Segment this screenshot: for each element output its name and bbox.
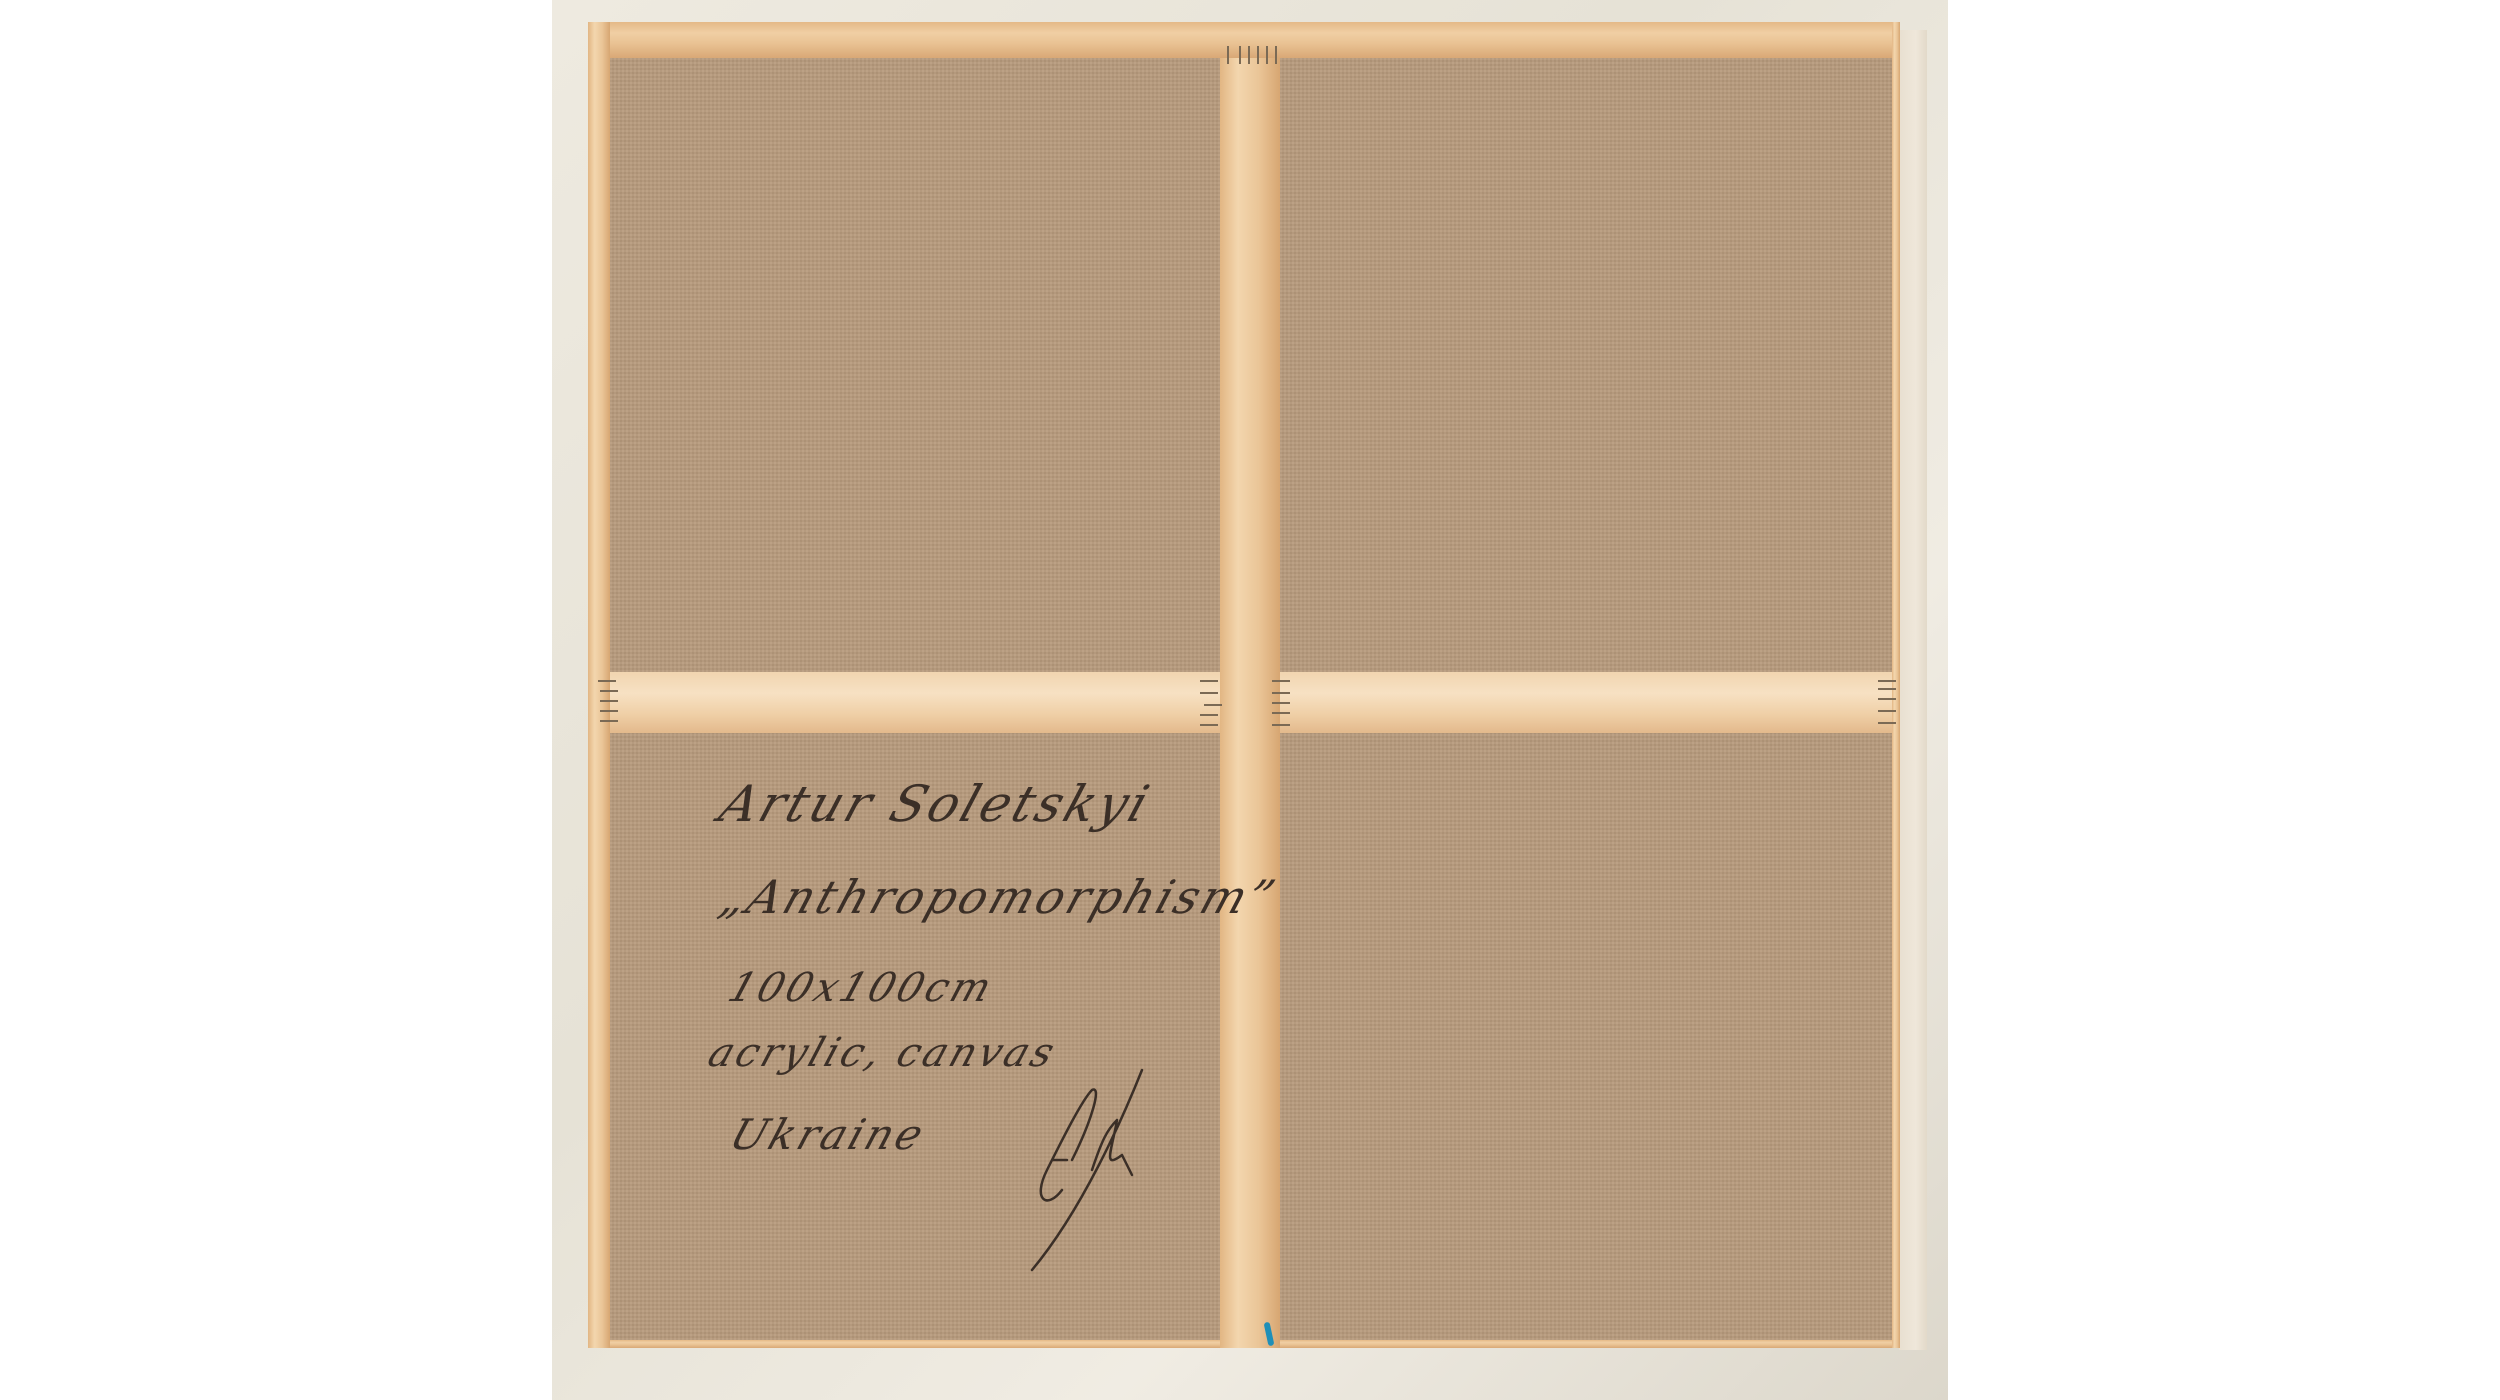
staples-center-right	[1272, 680, 1300, 726]
inscription-artist: Artur Soletskyi	[713, 775, 1159, 833]
staples-center-left	[1200, 680, 1228, 726]
panel-top-right	[1280, 58, 1892, 672]
inscription-size: 100x100cm	[723, 965, 1001, 1011]
signature-icon	[992, 1060, 1172, 1280]
staples-top	[1227, 46, 1277, 64]
canvas-back-photo: Artur Soletskyi „Anthropomorphism” 100x1…	[552, 0, 1948, 1400]
staples-right	[1878, 680, 1900, 726]
inscription-country: Ukraine	[724, 1110, 932, 1159]
inscription-title: „Anthropomorphism”	[713, 870, 1284, 924]
panel-top-left	[610, 58, 1220, 672]
vertical-crossbar	[1220, 58, 1280, 1348]
raw-fabric-edge	[1899, 30, 1927, 1350]
staples-left	[598, 680, 620, 726]
panel-bottom-right	[1280, 733, 1892, 1340]
